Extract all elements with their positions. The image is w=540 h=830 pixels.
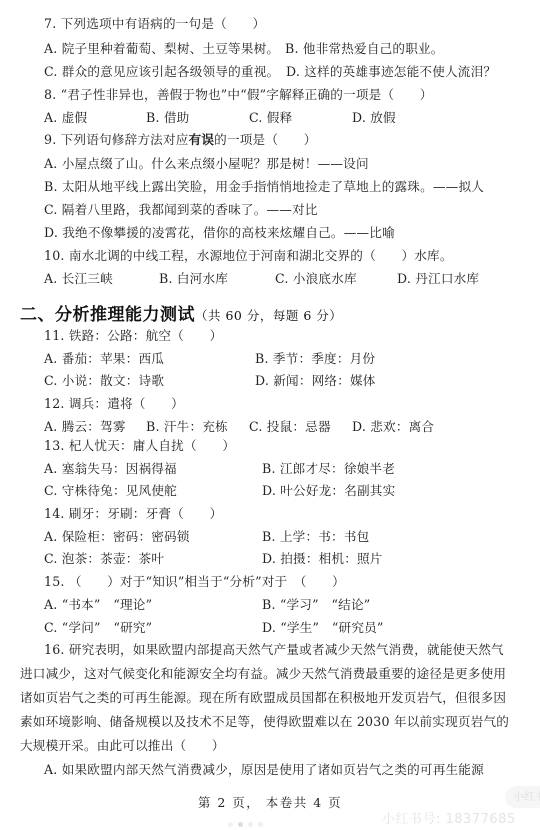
q10-option-d: D. 丹江口水库 bbox=[397, 270, 479, 288]
q10-option-b: B. 白河水库 bbox=[159, 270, 228, 288]
q8-option-b: B. 借助 bbox=[146, 109, 189, 127]
q16-line-1: 16. 研究表明，如果欧盟内部提高天然气产量或者减少天然气消费，就能使天然气 bbox=[44, 641, 504, 659]
q11-option-c: C. 小说：散文：诗歌 bbox=[44, 372, 164, 390]
q16-option-a: A. 如果欧盟内部天然气消费减少，原因是使用了诸如页岩气之类的可再生能源 bbox=[44, 761, 484, 779]
q13-stem: 13. 杞人忧天：庸人自扰（ ） bbox=[44, 437, 235, 455]
q16-line-4: 素如环境影响、储备规模以及技术不足等，使得欧盟难以在 2030 年以前实现页岩气… bbox=[20, 713, 509, 731]
section-2-heading: 二、分析推理能力测试（共 60 分，每题 6 分） bbox=[20, 300, 342, 325]
q14-option-b: B. 上学：书：书包 bbox=[262, 528, 369, 546]
q14-option-c: C. 泡茶：茶壶：茶叶 bbox=[44, 550, 164, 568]
q7-option-d: D. 这样的英雄事迹怎能不使人流泪？ bbox=[286, 63, 496, 81]
q15-option-d: D. “学生” “研究员” bbox=[262, 619, 384, 637]
q9-stem-pre: 9. 下列语句修辞方法对应 bbox=[44, 132, 189, 147]
q13-option-d: D. 叶公好龙：名副其实 bbox=[262, 482, 395, 500]
q9-option-c: C. 隔着八里路，我都闻到菜的香味了。——对比 bbox=[44, 201, 318, 219]
q12-option-d: D. 悲欢：离合 bbox=[352, 418, 434, 436]
q10-option-c: C. 小浪底水库 bbox=[275, 270, 357, 288]
q15-option-c: C. “学问” “研究” bbox=[44, 619, 152, 637]
carousel-dot-1[interactable] bbox=[228, 822, 233, 827]
q9-option-d: D. 我绝不像攀援的凌霄花，借你的高枝来炫耀自己。——比喻 bbox=[44, 224, 395, 242]
q11-option-b: B. 季节：季度：月份 bbox=[255, 350, 375, 368]
q7-stem: 7. 下列选项中有语病的一句是（ ） bbox=[44, 15, 265, 33]
exam-page: 7. 下列选项中有语病的一句是（ ） A. 院子里种着葡萄、梨树、土豆等果树。 … bbox=[0, 0, 540, 830]
watermark-badge: 小红书 bbox=[505, 786, 540, 808]
q9-option-a: A. 小屋点缀了山。什么来点缀小屋呢？那是树！——设问 bbox=[44, 155, 369, 173]
q7-option-a: A. 院子里种着葡萄、梨树、土豆等果树。 bbox=[44, 40, 279, 58]
carousel-dot-3[interactable] bbox=[248, 822, 253, 827]
section-2-title: 二、分析推理能力测试 bbox=[20, 305, 195, 325]
q11-option-d: D. 新闻：网络：媒体 bbox=[255, 372, 376, 390]
q15-option-a: A. “书本” “理论” bbox=[44, 596, 152, 614]
q12-stem: 12. 调兵：遣将（ ） bbox=[44, 395, 184, 413]
q16-line-2: 进口减少，这对气候变化和能源安全均有益。减少天然气消费最重要的途径是更多使用 bbox=[20, 665, 506, 683]
q12-option-a: A. 腾云：驾雾 bbox=[44, 418, 126, 436]
q7-option-b: B. 他非常热爱自己的职业。 bbox=[285, 40, 444, 58]
q8-stem: 8. “君子性非异也，善假于物也”中“假”字解释正确的一项是（ ） bbox=[44, 86, 433, 104]
image-carousel-indicator bbox=[228, 822, 263, 827]
q13-option-a: A. 塞翁失马：因祸得福 bbox=[44, 460, 177, 478]
q8-option-c: C. 假释 bbox=[249, 109, 292, 127]
q11-option-a: A. 番茄：苹果：西瓜 bbox=[44, 350, 164, 368]
q13-option-b: B. 江郎才尽：徐娘半老 bbox=[262, 460, 395, 478]
section-2-scoring: （共 60 分，每题 6 分） bbox=[195, 308, 342, 323]
q9-stem-post: 的一项是（ ） bbox=[214, 132, 316, 147]
q15-stem: 15. （ ）对于“知识”相当于“分析”对于 （ ） bbox=[44, 573, 345, 591]
q13-option-c: C. 守株待兔：见风使舵 bbox=[44, 482, 177, 500]
q9-stem-emphasis: 有误 bbox=[189, 132, 215, 147]
q8-option-d: D. 放假 bbox=[352, 109, 396, 127]
q14-option-a: A. 保险柜：密码：密码锁 bbox=[44, 528, 190, 546]
carousel-dot-2-active[interactable] bbox=[238, 822, 243, 827]
q15-option-b: B. “学习” “结论” bbox=[262, 596, 370, 614]
q14-option-d: D. 拍摄：相机：照片 bbox=[262, 550, 383, 568]
q8-option-a: A. 虚假 bbox=[44, 109, 87, 127]
q12-option-b: B. 汗牛：充栋 bbox=[146, 418, 228, 436]
q9-stem: 9. 下列语句修辞方法对应有误的一项是（ ） bbox=[44, 131, 317, 149]
watermark-id: 小红书号: 18377685 bbox=[382, 808, 516, 827]
q7-option-c: C. 群众的意见应该引起各级领导的重视。 bbox=[44, 63, 279, 81]
q10-stem: 10. 南水北调的中线工程，水源地位于河南和湖北交界的（ ）水库。 bbox=[44, 247, 453, 265]
q14-stem: 14. 刷牙：牙刷：牙膏（ ） bbox=[44, 505, 222, 523]
carousel-dot-4[interactable] bbox=[258, 822, 263, 827]
q12-option-c: C. 投鼠：忌器 bbox=[249, 418, 331, 436]
q16-line-3: 诸如页岩气之类的可再生能源。现在所有欧盟成员国都在积极地开发页岩气，但很多因 bbox=[20, 689, 506, 707]
q11-stem: 11. 铁路：公路：航空（ ） bbox=[44, 327, 222, 345]
q9-option-b: B. 太阳从地平线上露出笑脸，用金手指悄悄地捡走了草地上的露珠。——拟人 bbox=[44, 178, 484, 196]
q10-option-a: A. 长江三峡 bbox=[44, 270, 113, 288]
q16-line-5: 大规模开采。由此可以推出（ ） bbox=[20, 737, 225, 755]
